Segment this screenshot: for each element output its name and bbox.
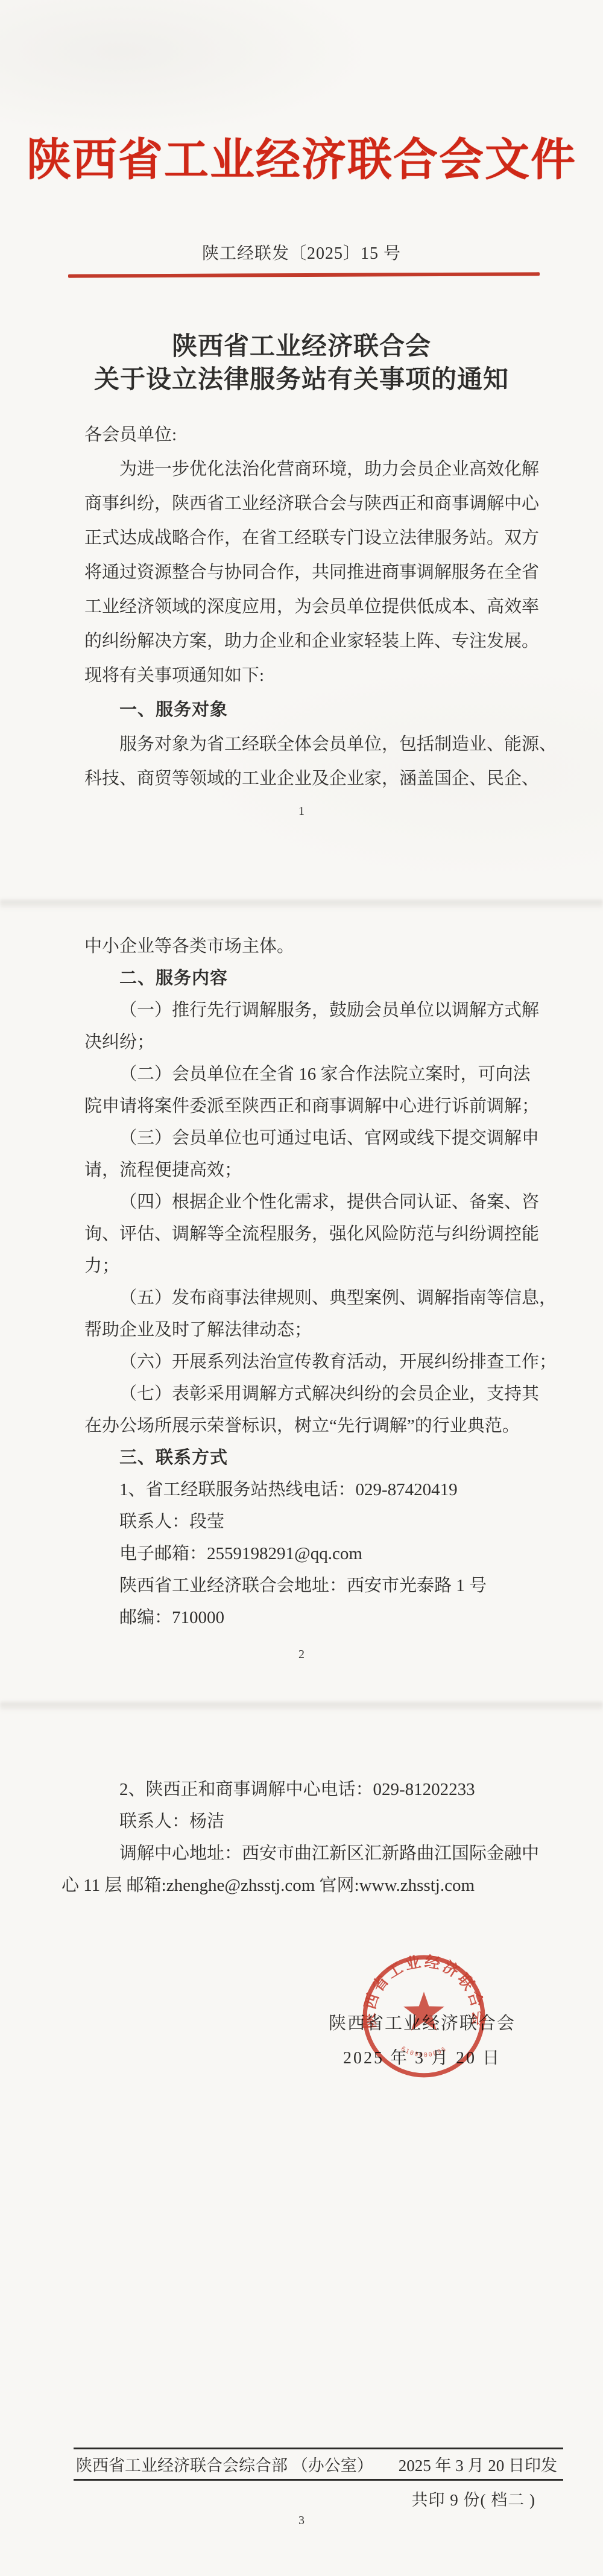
contact-hotline: 1、省工经联服务站热线电话：029-87420419 xyxy=(84,1472,561,1504)
body-line: 询、评估、调解等全流程服务，强化风险防范与纠纷调控能 xyxy=(84,1217,561,1248)
contact-address: 调解中心地址：西安市曲江新区汇新路曲江国际金融中 xyxy=(84,1836,561,1868)
document-title: 陕西省工业经济联合会 关于设立法律服务站有关事项的通知 xyxy=(0,331,603,397)
body-line: 中小企业等各类市场主体。 xyxy=(84,929,561,961)
body-line: 正式达成战略合作，在省工经联专门设立法律服务站。双方 xyxy=(84,519,561,554)
body-line: 为进一步优化法治化营商环境，助力会员企业高效化解 xyxy=(84,451,561,485)
body-line: 的纠纷解决方案，助力企业和企业家轻装上阵、专注发展。 xyxy=(84,622,561,657)
body-line: （一）推行先行调解服务，鼓励会员单位以调解方式解 xyxy=(84,993,561,1025)
body-line: 力； xyxy=(84,1248,561,1280)
seal-serial: 6100000096 xyxy=(400,2046,448,2059)
contact-postcode: 邮编：710000 xyxy=(84,1600,561,1632)
document-number: 陕工经联发〔2025〕15 号 xyxy=(0,240,603,264)
letterhead-org-title: 陕西省工业经济联合会文件 xyxy=(0,124,603,188)
body-line: 现将有关事项通知如下: xyxy=(84,657,561,691)
contact-address: 陕西省工业经济联合会地址：西安市光泰路 1 号 xyxy=(84,1568,561,1600)
body-line: （二）会员单位在全省 16 家合作法院立案时，可向法 xyxy=(84,1057,561,1089)
imprint-block: 陕西省工业经济联合会综合部 （办公室） 2025 年 3 月 20 日印发 共印… xyxy=(74,2448,563,2510)
contact-address-continued: 心 11 层 邮箱:zhenghe@zhsstj.com 官网:www.zhss… xyxy=(62,1868,561,1900)
imprint-bar: 陕西省工业经济联合会综合部 （办公室） 2025 年 3 月 20 日印发 xyxy=(74,2448,563,2481)
page-number: 1 xyxy=(0,805,603,818)
section-heading: 一、服务对象 xyxy=(84,691,561,726)
body-line: 在办公场所展示荣誉标识，树立“先行调解”的行业典范。 xyxy=(84,1408,561,1440)
body-line: 决纠纷； xyxy=(84,1025,561,1057)
page-boundary-shadow xyxy=(0,900,603,910)
contact-person: 联系人：杨洁 xyxy=(84,1804,561,1836)
page-number: 2 xyxy=(0,1648,603,1662)
page-boundary-shadow xyxy=(0,1702,603,1712)
imprint-issuer: 陕西省工业经济联合会综合部 （办公室） xyxy=(76,2452,373,2476)
body-line: 各会员单位: xyxy=(84,416,561,451)
document-title-line2: 关于设立法律服务站有关事项的通知 xyxy=(0,364,603,397)
section-heading: 二、服务内容 xyxy=(84,961,561,993)
body-line: （六）开展系列法治宣传教育活动，开展纠纷排查工作； xyxy=(84,1344,561,1376)
contact-email: 电子邮箱：2559198291@qq.com xyxy=(84,1536,561,1568)
letterhead-red-rule xyxy=(68,272,540,277)
imprint-print-date: 2025 年 3 月 20 日印发 xyxy=(399,2452,557,2476)
page2-body: 中小企业等各类市场主体。 二、服务内容 （一）推行先行调解服务，鼓励会员单位以调… xyxy=(84,929,561,1632)
contact-phone: 2、陕西正和商事调解中心电话：029-81202233 xyxy=(84,1772,561,1804)
page3-body: 2、陕西正和商事调解中心电话：029-81202233 联系人：杨洁 调解中心地… xyxy=(84,1772,561,1900)
body-line: 帮助企业及时了解法律动态； xyxy=(84,1312,561,1344)
imprint-copies: 共印 9 份( 档二 ) xyxy=(74,2481,563,2510)
body-line: （四）根据企业个性化需求，提供合同认证、备案、咨 xyxy=(84,1185,561,1217)
body-line: 院申请将案件委派至陕西正和商事调解中心进行诉前调解； xyxy=(84,1089,561,1121)
section-heading: 三、联系方式 xyxy=(84,1440,561,1472)
body-line: 请，流程便捷高效； xyxy=(84,1153,561,1185)
page-number: 3 xyxy=(0,2514,603,2528)
body-line: 商事纠纷，陕西省工业经济联合会与陕西正和商事调解中心 xyxy=(84,485,561,519)
star-icon xyxy=(403,1992,444,2031)
contact-person: 联系人：段莹 xyxy=(84,1504,561,1536)
official-seal: 陕西省工业经济联合会 6100000096 xyxy=(361,1953,487,2080)
scanned-official-document: 陕西省工业经济联合会文件 陕工经联发〔2025〕15 号 陕西省工业经济联合会 … xyxy=(0,0,603,2576)
body-line: 将通过资源整合与协同合作，共同推进商事调解服务在全省 xyxy=(84,554,561,588)
document-title-line1: 陕西省工业经济联合会 xyxy=(0,331,603,364)
body-line: （五）发布商事法律规则、典型案例、调解指南等信息， xyxy=(84,1280,561,1312)
body-line: （七）表彰采用调解方式解决纠纷的会员企业，支持其 xyxy=(84,1376,561,1408)
page1-body: 各会员单位: 为进一步优化法治化营商环境，助力会员企业高效化解 商事纠纷，陕西省… xyxy=(84,416,561,794)
svg-text:6100000096: 6100000096 xyxy=(400,2046,448,2059)
body-line: 工业经济领域的深度应用，为会员单位提供低成本、高效率 xyxy=(84,588,561,622)
body-line: 科技、商贸等领域的工业企业及企业家，涵盖国企、民企、 xyxy=(84,760,561,794)
body-line: （三）会员单位也可通过电话、官网或线下提交调解申 xyxy=(84,1121,561,1153)
body-line: 服务对象为省工经联全体会员单位，包括制造业、能源、 xyxy=(84,726,561,760)
